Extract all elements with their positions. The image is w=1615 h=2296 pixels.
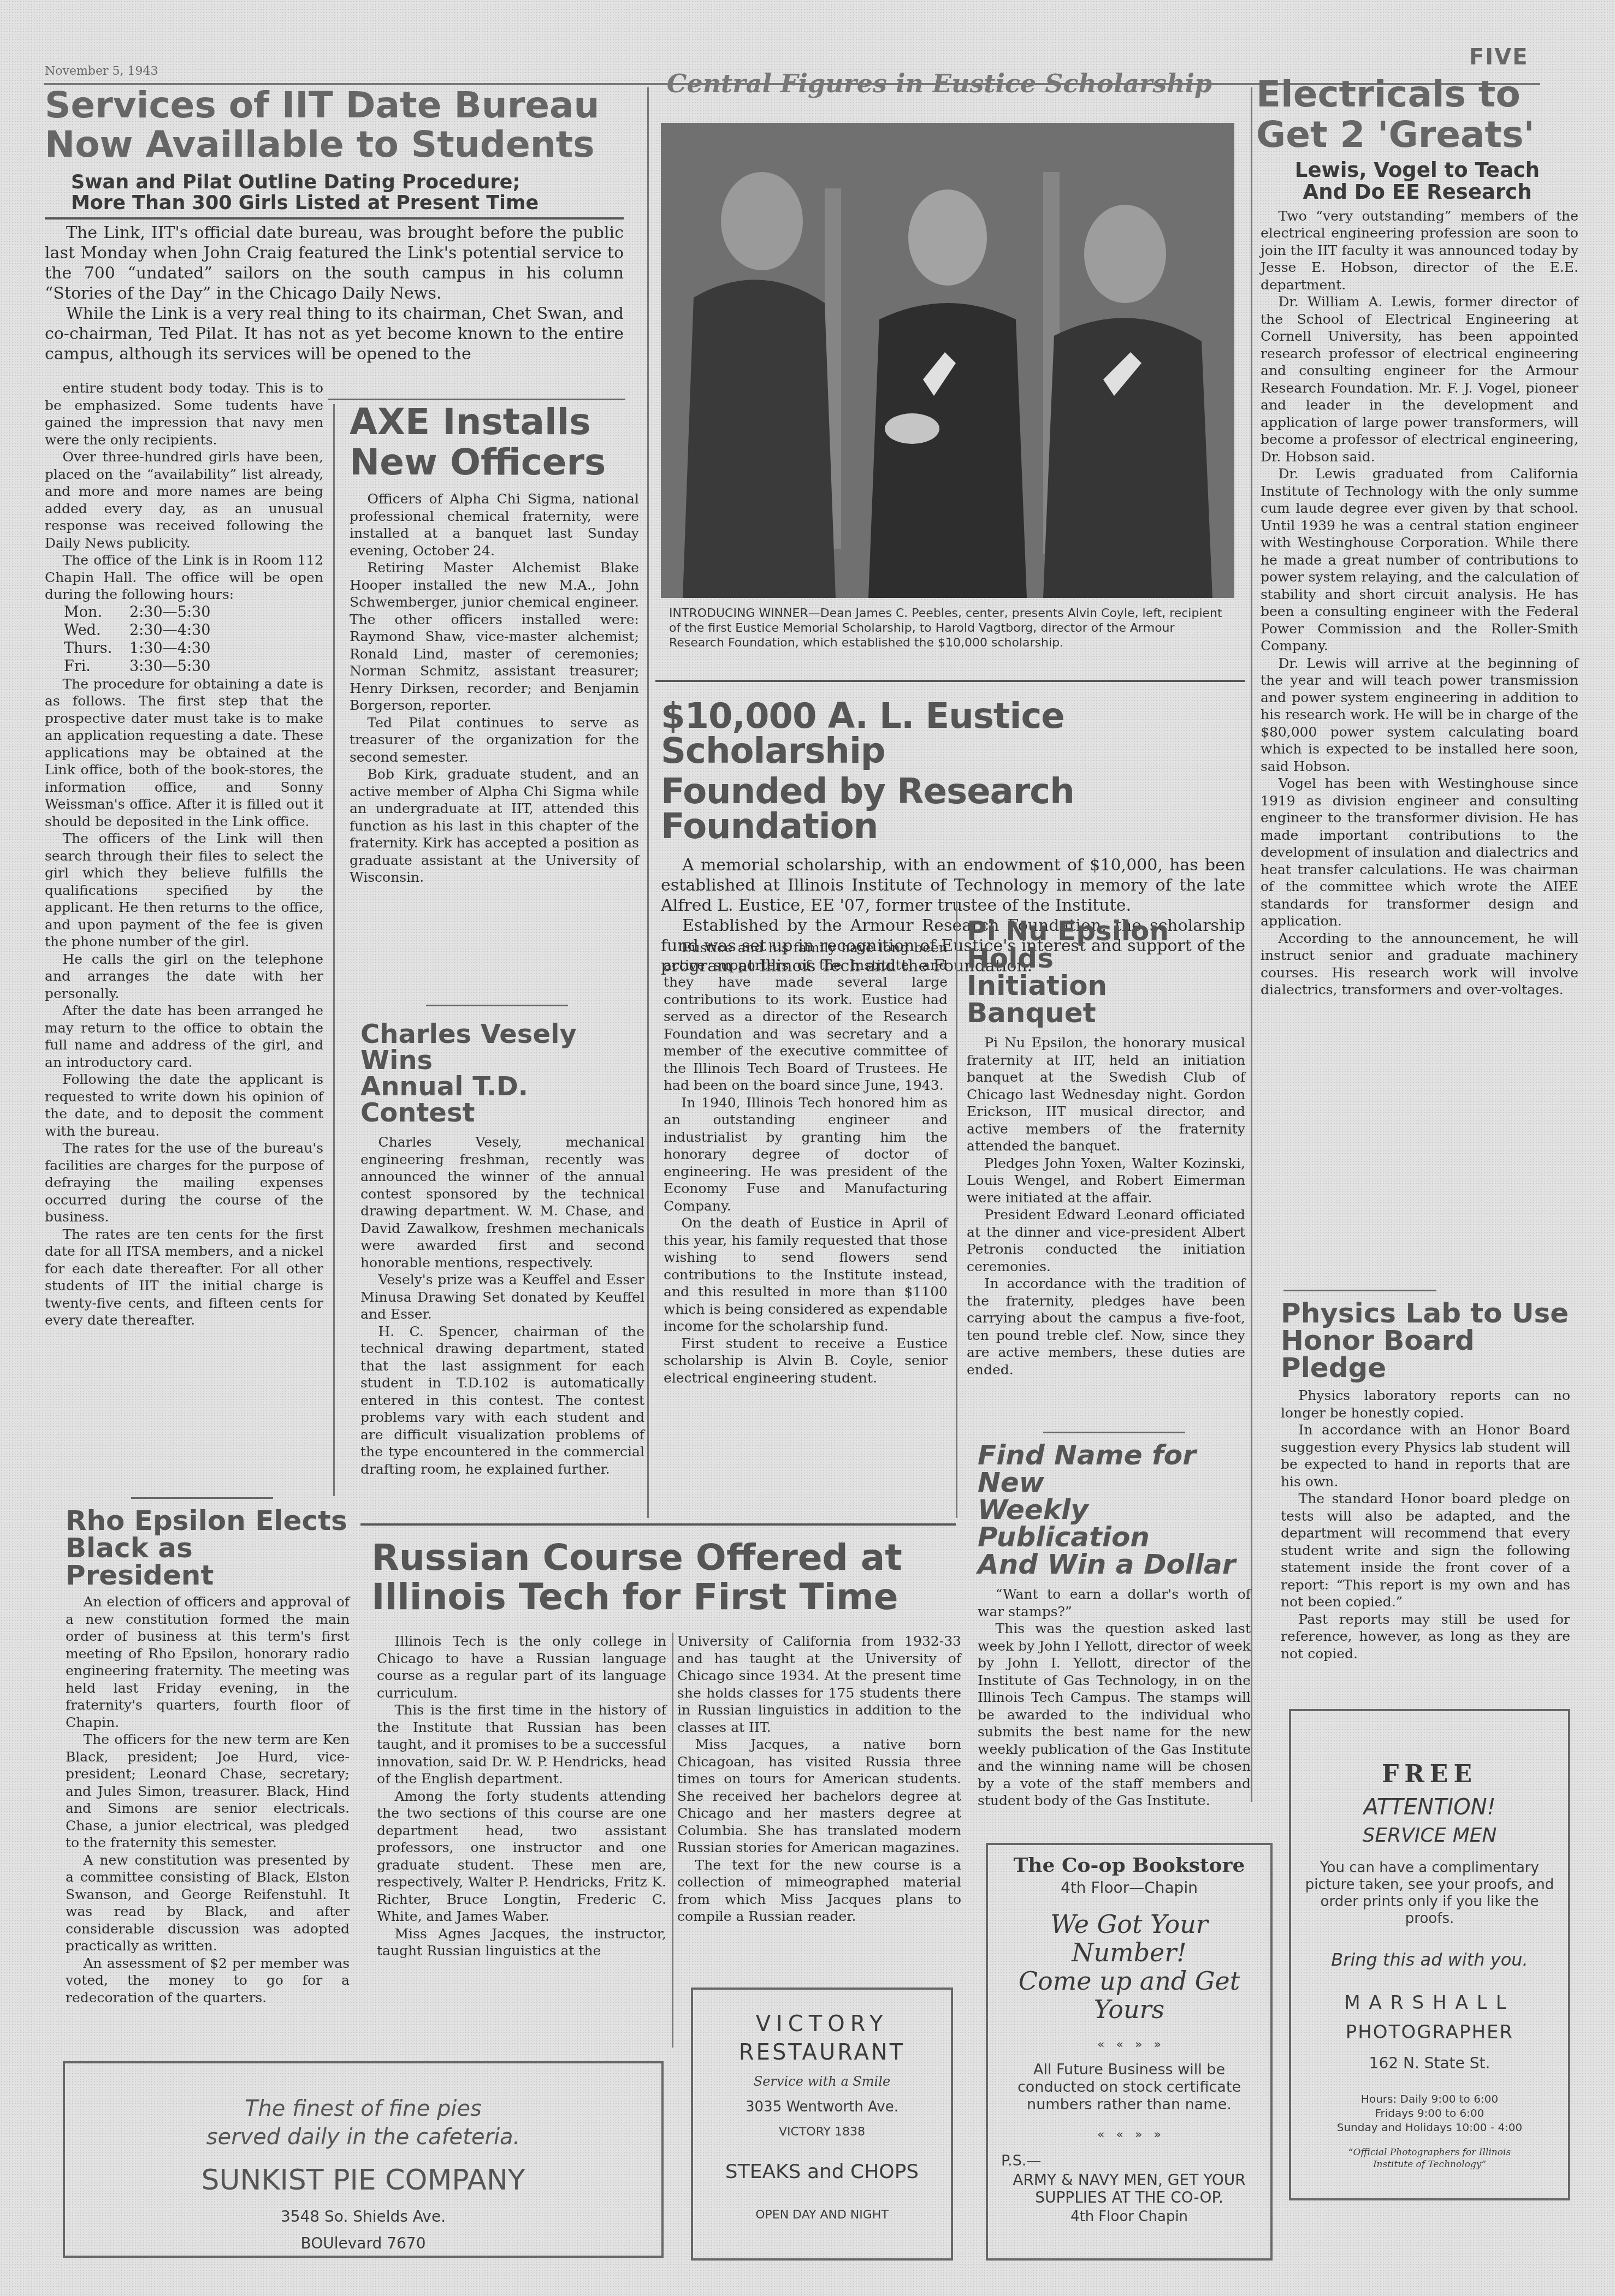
paragraph: “Want to earn a dollar's worth of war st… xyxy=(978,1586,1251,1620)
paragraph: University of California from 1932-33 an… xyxy=(677,1633,961,1736)
paragraph: The text for the new course is a collect… xyxy=(677,1856,961,1925)
column-divider xyxy=(956,901,957,1518)
marshall-name: MARSHALL xyxy=(1304,1992,1555,2014)
sunkist-name: SUNKIST PIE COMPANY xyxy=(65,2164,661,2197)
marshall-photographer-ad: FREE ATTENTION! SERVICE MEN You can have… xyxy=(1289,1709,1570,2200)
paragraph: Bob Kirk, graduate student, and an activ… xyxy=(350,766,639,886)
electricals-article: Electricals to Get 2 'Greats' Lewis, Vog… xyxy=(1256,76,1578,999)
physics-headline-1: Physics Lab to Use xyxy=(1281,1300,1570,1327)
russian-column-2: University of California from 1932-33 an… xyxy=(677,1510,961,1925)
coop-bookstore-ad: The Co-op Bookstore 4th Floor—Chapin We … xyxy=(986,1843,1273,2261)
hours-row: Mon.2:30—5:30 xyxy=(64,603,323,621)
date-bureau-subhead-2: More Than 300 Girls Listed at Present Ti… xyxy=(71,193,624,214)
find-name-headline-2: Weekly Publication xyxy=(978,1496,1251,1551)
victory-name-1: VICTORY xyxy=(693,2012,951,2037)
coop-divider: « « » » xyxy=(1001,2038,1257,2051)
vesely-article: Charles Vesely Wins Annual T.D. Contest … xyxy=(360,1021,644,1478)
paragraph: According to the announcement, he will i… xyxy=(1261,930,1578,999)
date-bureau-lead: The Link, IIT's official date bureau, wa… xyxy=(45,223,624,364)
section-rule xyxy=(45,217,624,219)
paragraph: Miss Agnes Jacques, the instructor, taug… xyxy=(377,1925,666,1960)
vesely-headline-2: Annual T.D. Contest xyxy=(360,1073,644,1126)
paragraph: The rates for the use of the bureau's fa… xyxy=(45,1140,323,1226)
paragraph: First student to receive a Eustice schol… xyxy=(664,1335,948,1387)
eustice-column: Eustice and his family have long been ac… xyxy=(664,939,948,1386)
pi-nu-headline-1: Pi Nu Epsilon Holds xyxy=(967,917,1245,972)
section-rule xyxy=(1043,1432,1185,1433)
paragraph: Illinois Tech is the only college in Chi… xyxy=(377,1633,666,1701)
victory-specialty: STEAKS and CHOPS xyxy=(693,2161,951,2183)
paragraph: Physics laboratory reports can no longer… xyxy=(1281,1387,1570,1421)
axe-headline-2: New Officers xyxy=(350,444,639,480)
page-number: FIVE xyxy=(1469,45,1529,70)
paragraph: Pi Nu Epsilon, the honorary musical frat… xyxy=(967,1034,1245,1155)
paragraph: This was the question asked last week by… xyxy=(978,1620,1251,1809)
column-divider xyxy=(647,87,649,1518)
paragraph: Following the date the applicant is requ… xyxy=(45,1071,323,1140)
paragraph: An election of officers and approval of … xyxy=(66,1593,350,1731)
office-hours-table: Mon.2:30—5:30 Wed.2:30—4:30 Thurs.1:30—4… xyxy=(64,603,323,675)
issue-date: November 5, 1943 xyxy=(45,64,158,78)
paragraph: The officers for the new term are Ken Bl… xyxy=(66,1731,350,1852)
find-name-headline-1: Find Name for New xyxy=(978,1441,1251,1496)
paragraph: After the date has been arranged he may … xyxy=(45,1002,323,1071)
paragraph: In accordance with an Honor Board sugges… xyxy=(1281,1421,1570,1490)
section-rule xyxy=(426,1005,568,1006)
hours-row: Thurs.1:30—4:30 xyxy=(64,639,323,657)
electricals-headline-1: Electricals to xyxy=(1256,76,1578,112)
victory-name-2: RESTAURANT xyxy=(693,2040,951,2065)
marshall-service-men: SERVICE MEN xyxy=(1304,1824,1555,1847)
paragraph: Two “very outstanding” members of the el… xyxy=(1261,207,1578,294)
paragraph: The rates are ten cents for the first da… xyxy=(45,1226,323,1329)
coop-location: 4th Floor—Chapin xyxy=(1001,1879,1257,1897)
victory-tagline: Service with a Smile xyxy=(693,2074,951,2089)
paragraph: Dr. Lewis will arrive at the beginning o… xyxy=(1261,655,1578,775)
paragraph: The procedure for obtaining a date is as… xyxy=(45,675,323,830)
section-rule xyxy=(328,399,625,400)
rho-headline-1: Rho Epsilon Elects xyxy=(66,1507,350,1534)
photo-caption: INTRODUCING WINNER—Dean James C. Peebles… xyxy=(669,606,1226,650)
marshall-address: 162 N. State St. xyxy=(1304,2054,1555,2072)
paragraph: Vogel has been with Westinghouse since 1… xyxy=(1261,775,1578,930)
marshall-bring: Bring this ad with you. xyxy=(1304,1949,1555,1970)
paragraph: Miss Jacques, a native born Chicagoan, h… xyxy=(677,1736,961,1856)
sunkist-tagline-1: The finest of fine pies xyxy=(65,2096,661,2121)
coop-name: The Co-op Bookstore xyxy=(1001,1854,1257,1877)
sunkist-tagline-2: served daily in the cafeteria. xyxy=(65,2125,661,2150)
column-divider xyxy=(672,1633,673,2048)
paragraph: Charles Vesely, mechanical engineering f… xyxy=(360,1134,644,1271)
photo-title: Central Figures in Eustice Scholarship xyxy=(628,71,1251,96)
marshall-attention: ATTENTION! xyxy=(1304,1795,1555,1820)
electricals-headline-2: Get 2 'Greats' xyxy=(1256,117,1578,153)
rho-epsilon-article: Rho Epsilon Elects Black as President An… xyxy=(66,1507,350,2006)
sunkist-address: 3548 So. Shields Ave. xyxy=(65,2208,661,2226)
newspaper-page: November 5, 1943 FIVE Services of IIT Da… xyxy=(0,0,1615,2296)
paragraph: An assessment of $2 per member was voted… xyxy=(66,1955,350,2007)
paragraph: Among the forty students attending the t… xyxy=(377,1788,666,1925)
paragraph: The office of the Link is in Room 112 Ch… xyxy=(45,551,323,603)
paragraph: A memorial scholarship, with an endowmen… xyxy=(661,855,1245,916)
marshall-hours: Hours: Daily 9:00 to 6:00 Fridays 9:00 t… xyxy=(1304,2092,1555,2134)
victory-hours: OPEN DAY AND NIGHT xyxy=(693,2208,951,2222)
eustice-headline-2: Founded by Research Foundation xyxy=(661,774,1245,844)
coop-divider: « « » » xyxy=(1001,2128,1257,2141)
vesely-headline-1: Charles Vesely Wins xyxy=(360,1021,644,1073)
coop-notice: All Future Business will be conducted on… xyxy=(1001,2061,1257,2114)
victory-phone: VICTORY 1838 xyxy=(693,2125,951,2139)
date-bureau-subhead-1: Swan and Pilat Outline Dating Procedure; xyxy=(71,173,624,193)
date-bureau-article: Services of IIT Date Bureau Now Availlab… xyxy=(45,87,624,364)
paragraph: A new constitution was presented by a co… xyxy=(66,1852,350,1955)
sunkist-phone: BOUlevard 7670 xyxy=(65,2234,661,2252)
axe-article: AXE Installs New Officers Officers of Al… xyxy=(350,404,639,886)
paragraph: In accordance with the tradition of the … xyxy=(967,1275,1245,1378)
paragraph: Dr. William A. Lewis, former director of… xyxy=(1261,293,1578,465)
photo-three-men-handshake xyxy=(661,123,1234,598)
paragraph: Eustice and his family have long been ac… xyxy=(664,939,948,1094)
paragraph: Over three-hundred girls have been, plac… xyxy=(45,448,323,551)
scholarship-photo xyxy=(661,123,1234,598)
section-rule xyxy=(655,680,1245,682)
victory-address: 3035 Wentworth Ave. xyxy=(693,2099,951,2115)
physics-article: Physics Lab to Use Honor Board Pledge Ph… xyxy=(1281,1300,1570,1662)
axe-headline-1: AXE Installs xyxy=(350,404,639,440)
hours-row: Wed.2:30—4:30 xyxy=(64,621,323,639)
physics-headline-2: Honor Board Pledge xyxy=(1281,1327,1570,1381)
paragraph: Past reports may still be used for refer… xyxy=(1281,1611,1570,1663)
paragraph: While the Link is a very real thing to i… xyxy=(45,304,624,364)
rho-headline-2: Black as President xyxy=(66,1534,350,1589)
paragraph: He calls the girl on the telephone and a… xyxy=(45,951,323,1002)
date-bureau-column: entire student body today. This is to be… xyxy=(45,379,323,1329)
find-name-article: Find Name for New Weekly Publication And… xyxy=(978,1441,1251,1809)
paragraph: The standard Honor board pledge on tests… xyxy=(1281,1490,1570,1611)
column-divider xyxy=(1251,87,1252,1802)
electricals-subhead-2: And Do EE Research xyxy=(1256,181,1578,203)
paragraph: The Link, IIT's official date bureau, wa… xyxy=(45,223,624,304)
marshall-credit: “Official Photographers for Illinois Ins… xyxy=(1304,2146,1555,2170)
paragraph: Ted Pilat continues to serve as treasure… xyxy=(350,714,639,766)
hours-row: Fri.3:30—5:30 xyxy=(64,657,323,675)
paragraph: Vesely's prize was a Keuffel and Esser M… xyxy=(360,1271,644,1323)
coop-ps-location: 4th Floor Chapin xyxy=(1001,2209,1257,2225)
find-name-headline-3: And Win a Dollar xyxy=(978,1551,1251,1578)
coop-ps-label: P.S.— xyxy=(1001,2152,1257,2169)
coop-ps-text: ARMY & NAVY MEN, GET YOUR SUPPLIES AT TH… xyxy=(1001,2172,1257,2206)
marshall-offer: You can have a complimentary picture tak… xyxy=(1304,1860,1555,1927)
eustice-headline-1: $10,000 A. L. Eustice Scholarship xyxy=(661,699,1245,769)
paragraph: entire student body today. This is to be… xyxy=(45,379,323,448)
paragraph: This is the first time in the history of… xyxy=(377,1701,666,1788)
paragraph: The officers of the Link will then searc… xyxy=(45,830,323,951)
section-rule xyxy=(1283,1290,1436,1291)
marshall-free: FREE xyxy=(1304,1760,1555,1788)
pi-nu-headline-2: Initiation Banquet xyxy=(967,972,1245,1027)
paragraph: Retiring Master Alchemist Blake Hooper i… xyxy=(350,559,639,714)
date-bureau-headline-1: Services of IIT Date Bureau xyxy=(45,87,624,123)
paragraph: Officers of Alpha Chi Sigma, national pr… xyxy=(350,490,639,559)
victory-restaurant-ad: VICTORY RESTAURANT Service with a Smile … xyxy=(691,1988,953,2261)
paragraph: President Edward Leonard officiated at t… xyxy=(967,1206,1245,1275)
date-bureau-headline-2: Now Availlable to Students xyxy=(45,127,624,163)
column-divider xyxy=(333,404,335,1496)
electricals-subhead-1: Lewis, Vogel to Teach xyxy=(1256,159,1578,181)
coop-slogan: We Got Your Number! Come up and Get Your… xyxy=(1001,1910,1257,2024)
paragraph: On the death of Eustice in April of this… xyxy=(664,1214,948,1335)
marshall-title: PHOTOGRAPHER xyxy=(1304,2021,1555,2043)
sunkist-pie-ad: The finest of fine pies served daily in … xyxy=(63,2061,664,2258)
russian-column-1: Illinois Tech is the only college in Chi… xyxy=(377,1633,666,1960)
pi-nu-epsilon-article: Pi Nu Epsilon Holds Initiation Banquet P… xyxy=(967,917,1245,1378)
paragraph: Pledges John Yoxen, Walter Kozinski, Lou… xyxy=(967,1155,1245,1207)
section-rule xyxy=(131,1497,273,1499)
paragraph: In 1940, Illinois Tech honored him as an… xyxy=(664,1094,948,1215)
paragraph: Dr. Lewis graduated from California Inst… xyxy=(1261,465,1578,655)
paragraph: H. C. Spencer, chairman of the technical… xyxy=(360,1323,644,1478)
